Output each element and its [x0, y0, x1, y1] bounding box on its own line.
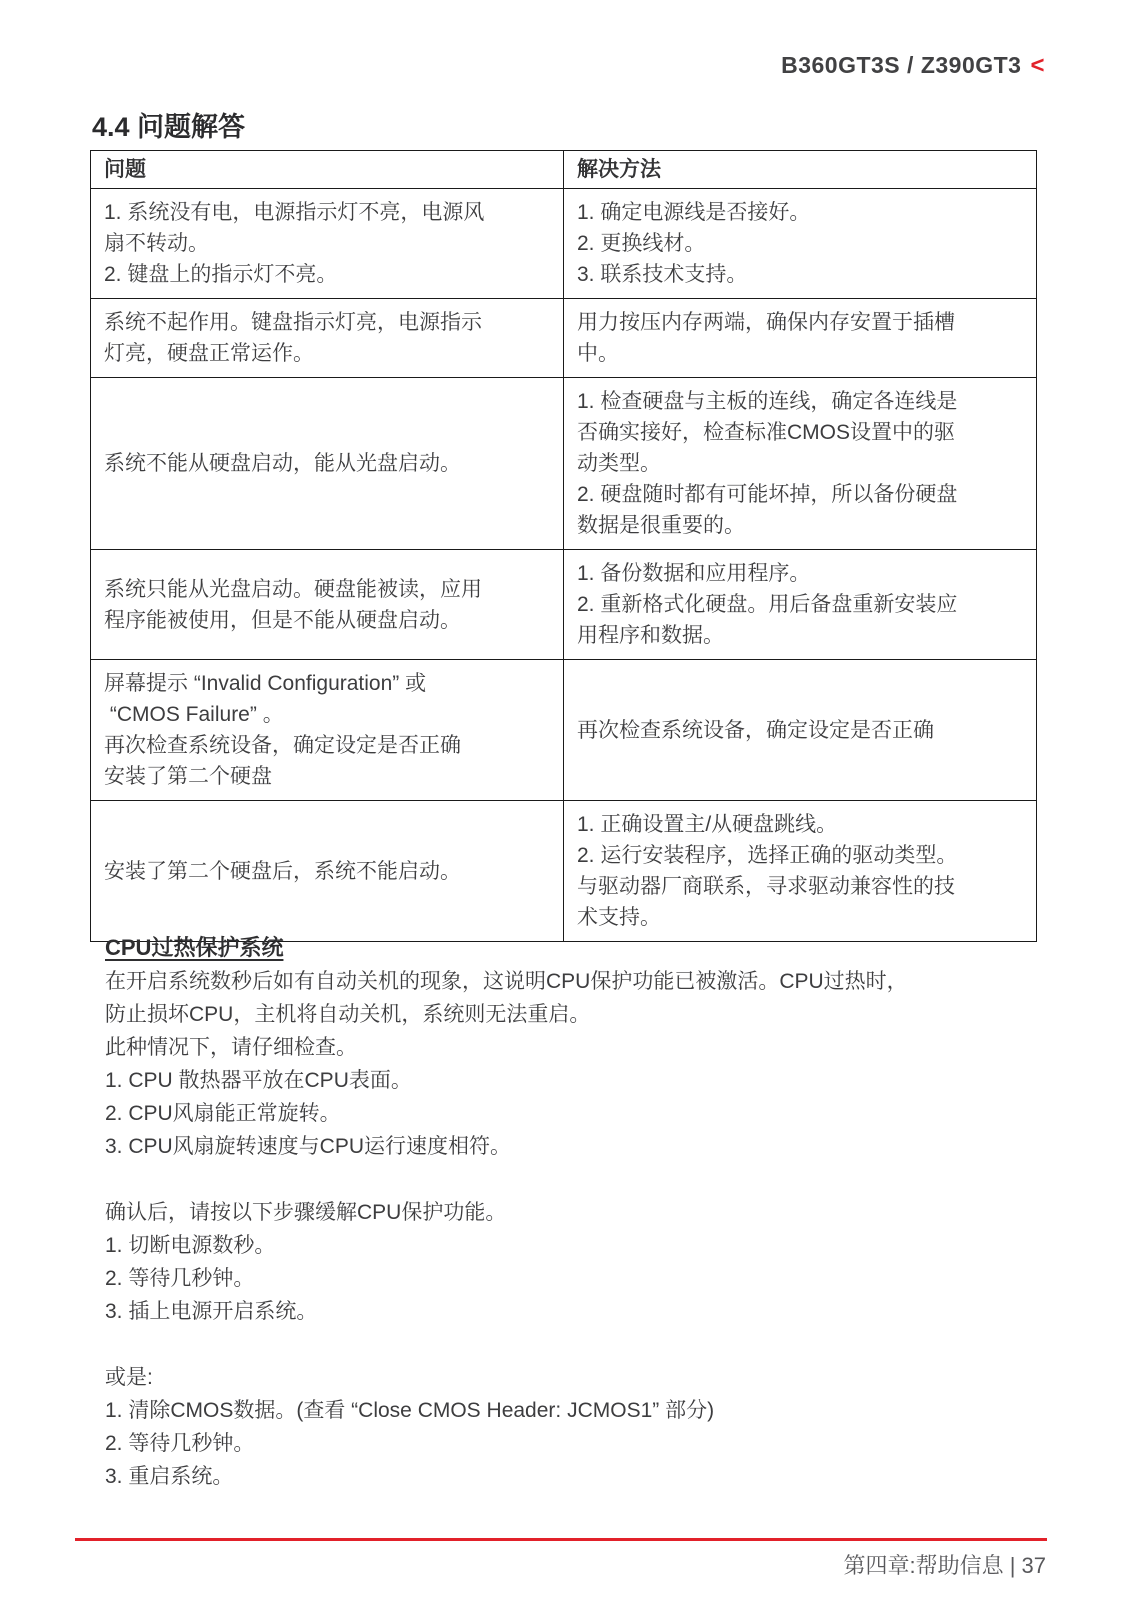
- solution-cell: 1. 确定电源线是否接好。 2. 更换线材。 3. 联系技术支持。: [564, 189, 1037, 299]
- table-row: 系统不起作用。键盘指示灯亮，电源指示 灯亮，硬盘正常运作。 用力按压内存两端，确…: [91, 299, 1037, 378]
- red-arrow-icon: <: [1030, 52, 1045, 79]
- model-title: B360GT3S / Z390GT3: [781, 52, 1021, 78]
- cpu-section-heading: CPU过热保护系统: [105, 931, 283, 964]
- table-row: 安装了第二个硬盘后，系统不能启动。 1. 正确设置主/从硬盘跳线。 2. 运行安…: [91, 801, 1037, 942]
- troubleshooting-table: 问题 解决方法 1. 系统没有电，电源指示灯不亮，电源风 扇不转动。 2. 键盘…: [90, 150, 1037, 942]
- table-header: 问题 解决方法: [91, 151, 1037, 189]
- cpu-section-intro: 在开启系统数秒后如有自动关机的现象，这说明CPU保护功能已被激活。CPU过热时，…: [105, 965, 1055, 1163]
- table-row: 系统只能从光盘启动。硬盘能被读，应用 程序能被使用，但是不能从硬盘启动。 1. …: [91, 550, 1037, 660]
- table-header-row: 问题 解决方法: [91, 151, 1037, 189]
- cpu-protection-section: CPU过热保护系统 在开启系统数秒后如有自动关机的现象，这说明CPU保护功能已被…: [105, 931, 1055, 1493]
- table-row: 系统不能从硬盘启动，能从光盘启动。 1. 检查硬盘与主板的连线，确定各连线是 否…: [91, 378, 1037, 550]
- footer-divider: [75, 1538, 1047, 1541]
- footer-page-info: 第四章:帮助信息 | 37: [843, 1549, 1046, 1580]
- problem-cell: 屏幕提示 “Invalid Configuration” 或 “CMOS Fai…: [91, 660, 564, 801]
- solution-cell: 1. 备份数据和应用程序。 2. 重新格式化硬盘。用后备盘重新安装应 用程序和数…: [564, 550, 1037, 660]
- problem-cell: 系统不能从硬盘启动，能从光盘启动。: [91, 378, 564, 550]
- table-row: 1. 系统没有电，电源指示灯不亮，电源风 扇不转动。 2. 键盘上的指示灯不亮。…: [91, 189, 1037, 299]
- problem-cell: 1. 系统没有电，电源指示灯不亮，电源风 扇不转动。 2. 键盘上的指示灯不亮。: [91, 189, 564, 299]
- cpu-section-steps: 确认后，请按以下步骤缓解CPU保护功能。 1. 切断电源数秒。 2. 等待几秒钟…: [105, 1196, 1055, 1328]
- manual-page: B360GT3S / Z390GT3< 4.4 问题解答 问题 解决方法 1. …: [0, 0, 1128, 1601]
- cpu-section-alternative: 或是: 1. 清除CMOS数据。(查看 “Close CMOS Header: …: [105, 1361, 1055, 1493]
- solution-cell: 1. 正确设置主/从硬盘跳线。 2. 运行安装程序，选择正确的驱动类型。 与驱动…: [564, 801, 1037, 942]
- solution-cell: 1. 检查硬盘与主板的连线，确定各连线是 否确实接好，检查标准CMOS设置中的驱…: [564, 378, 1037, 550]
- problem-cell: 系统只能从光盘启动。硬盘能被读，应用 程序能被使用，但是不能从硬盘启动。: [91, 550, 564, 660]
- section-title: 4.4 问题解答: [92, 105, 245, 144]
- page-header: B360GT3S / Z390GT3<: [781, 52, 1045, 80]
- problem-cell: 系统不起作用。键盘指示灯亮，电源指示 灯亮，硬盘正常运作。: [91, 299, 564, 378]
- solution-cell: 用力按压内存两端，确保内存安置于插槽 中。: [564, 299, 1037, 378]
- problem-cell: 安装了第二个硬盘后，系统不能启动。: [91, 801, 564, 942]
- column-header-problem: 问题: [91, 151, 564, 189]
- table-row: 屏幕提示 “Invalid Configuration” 或 “CMOS Fai…: [91, 660, 1037, 801]
- solution-cell: 再次检查系统设备，确定设定是否正确: [564, 660, 1037, 801]
- column-header-solution: 解决方法: [564, 151, 1037, 189]
